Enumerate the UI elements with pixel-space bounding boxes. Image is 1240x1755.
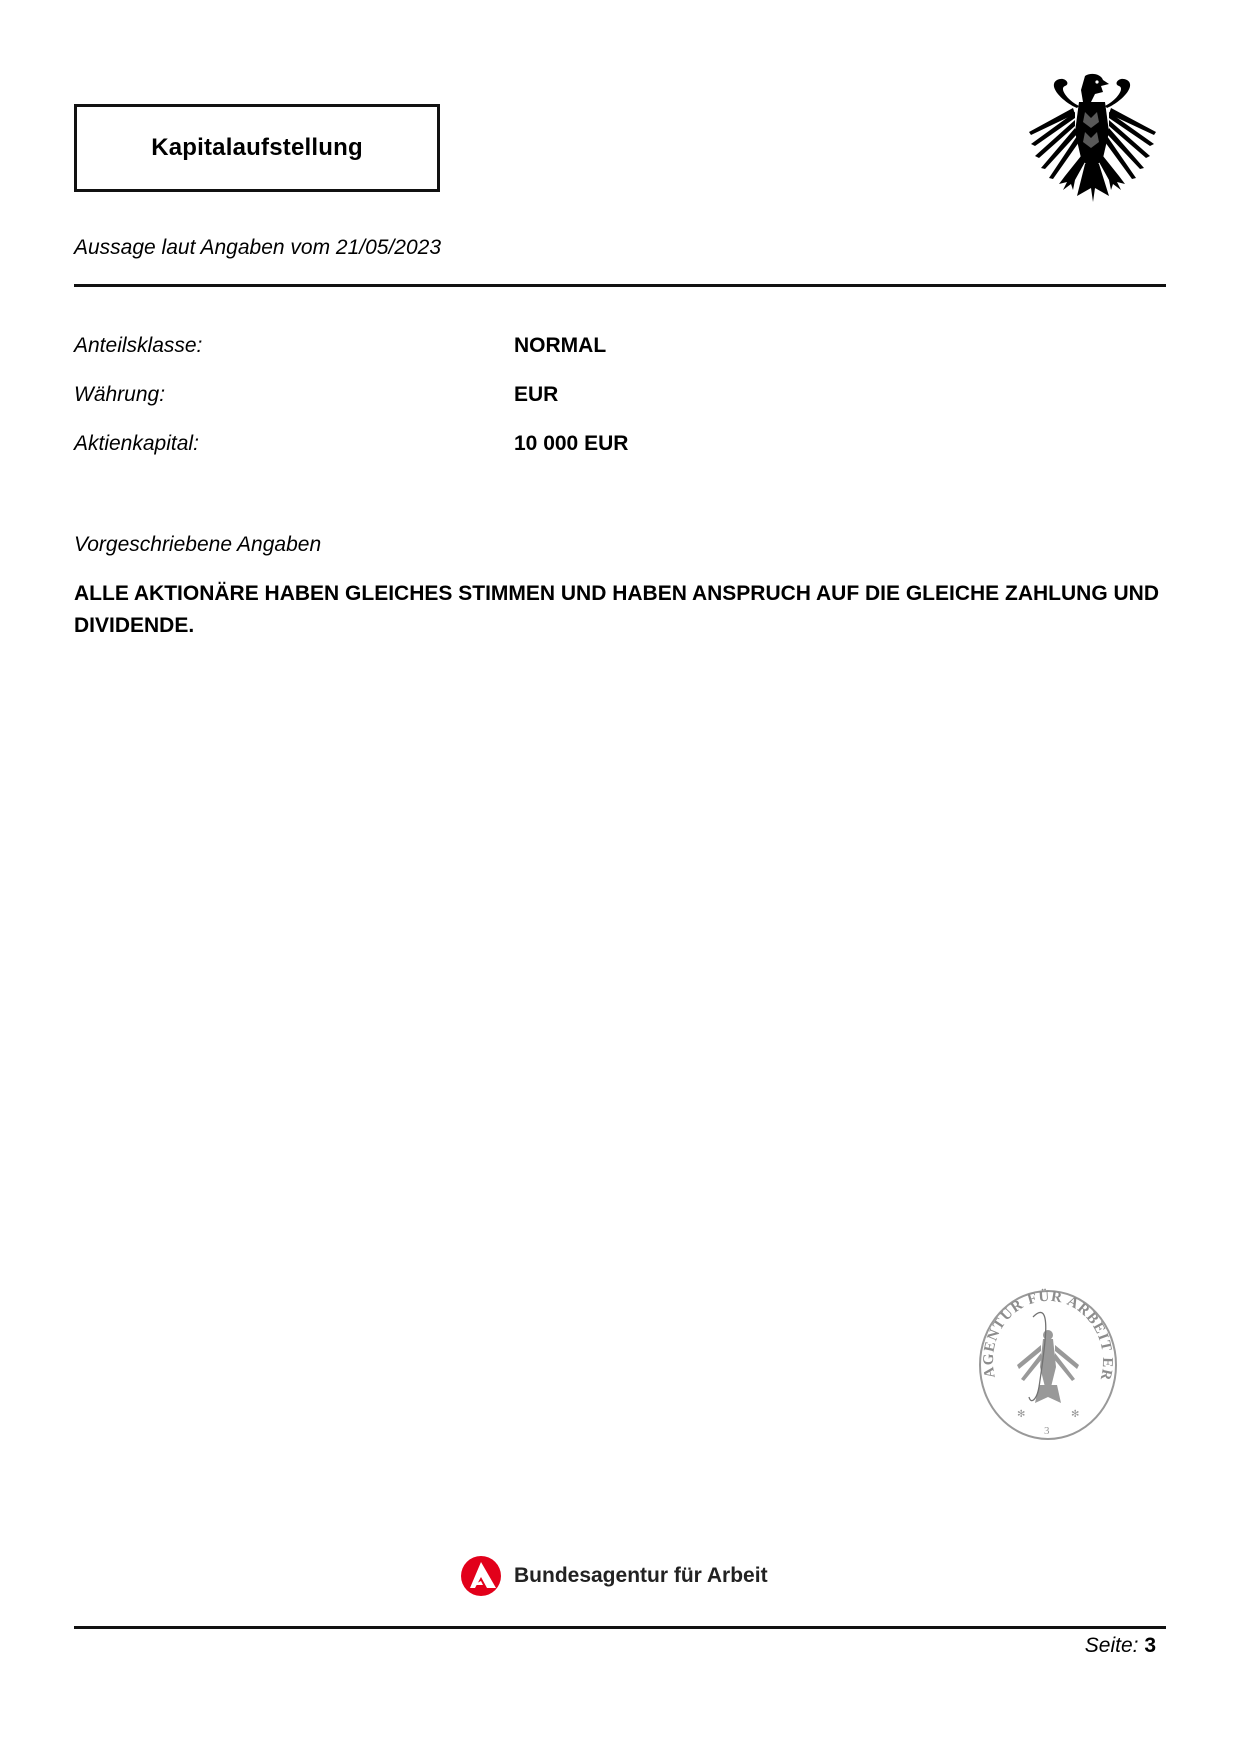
document-title-box: Kapitalaufstellung: [74, 104, 440, 192]
bundesagentur-logo: Bundesagentur für Arbeit: [460, 1555, 768, 1597]
svg-text:✻: ✻: [1071, 1409, 1079, 1420]
footer-divider: [74, 1626, 1166, 1629]
header-divider: [74, 284, 1166, 287]
federal-eagle-icon: [1025, 72, 1160, 204]
seal-number: 3: [1044, 1425, 1050, 1437]
bundesagentur-logo-icon: [460, 1555, 502, 1597]
field-value: 10 000 EUR: [514, 432, 628, 456]
field-label: Anteilsklasse:: [74, 334, 202, 358]
document-title: Kapitalaufstellung: [151, 134, 363, 162]
field-label: Währung:: [74, 383, 165, 407]
section-text: ALLE AKTIONÄRE HABEN GLEICHES STIMMEN UN…: [74, 578, 1174, 642]
statement-date-line: Aussage laut Angaben vom 21/05/2023: [74, 236, 441, 260]
field-value: EUR: [514, 383, 558, 407]
logo-text: Bundesagentur für Arbeit: [514, 1564, 768, 1588]
section-label: Vorgeschriebene Angaben: [74, 533, 321, 557]
field-label: Aktienkapital:: [74, 432, 199, 456]
official-seal-icon: AGENTUR FÜR ARBEIT ERFURT ✻ ✻ 3: [973, 1287, 1123, 1452]
svg-text:✻: ✻: [1017, 1409, 1025, 1420]
field-value: NORMAL: [514, 334, 606, 358]
page-label: Seite:: [1085, 1634, 1139, 1657]
page-number-value: 3: [1144, 1634, 1156, 1657]
page-number: Seite: 3: [1085, 1634, 1156, 1658]
